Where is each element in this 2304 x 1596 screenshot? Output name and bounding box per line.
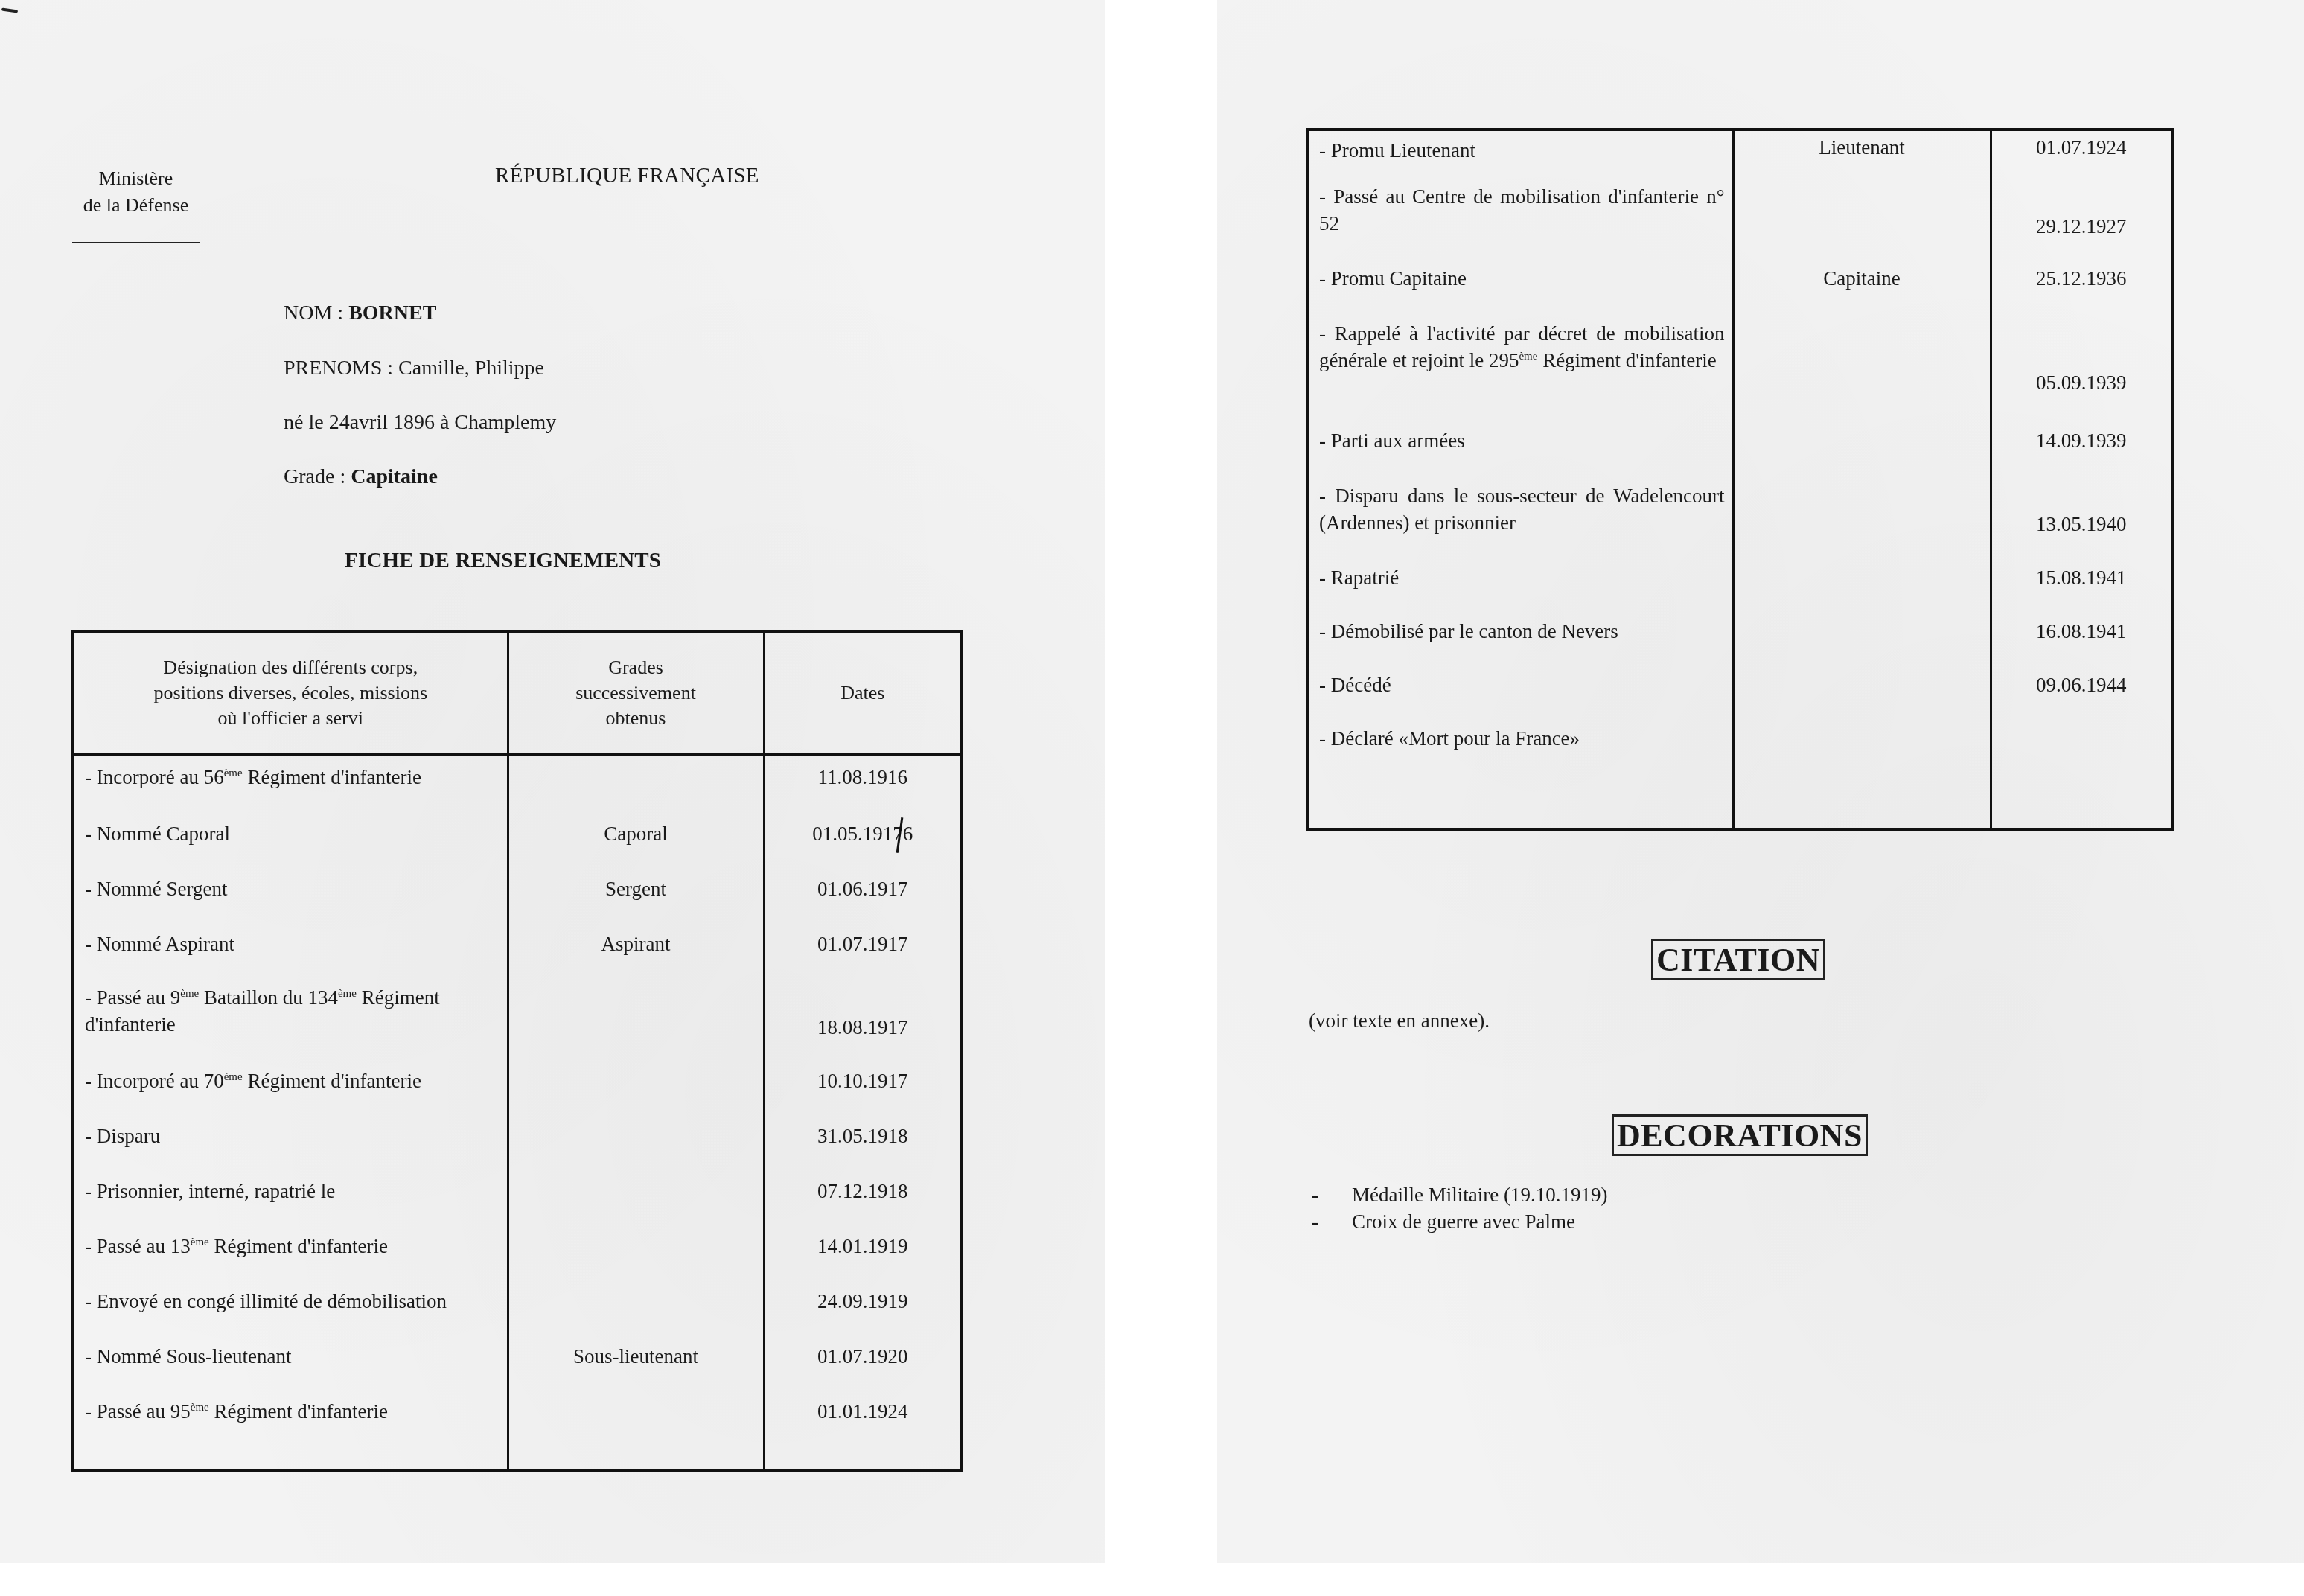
decoration-text: Croix de guerre avec Palme xyxy=(1352,1208,1575,1235)
decoration-text: Médaille Militaire (19.10.1919) xyxy=(1352,1181,1607,1208)
table-row: - Disparu dans le sous-secteur de Wadele… xyxy=(1307,482,2172,564)
grade-cell xyxy=(1733,320,1991,427)
table-row: - Passé au 95ème Régiment d'infanterie01… xyxy=(73,1389,962,1471)
designation-cell: - Nommé Sous-lieutenant xyxy=(73,1334,508,1389)
table-row: - Passé au Centre de mobilisation d'infa… xyxy=(1307,183,2172,265)
designation-cell: - Disparu xyxy=(73,1114,508,1169)
date-cell: 18.08.1917 xyxy=(764,977,962,1059)
date-cell: 31.05.1918 xyxy=(764,1114,962,1169)
designation-cell: - Nommé Caporal xyxy=(73,811,508,866)
corrected-date: 01.05.19176 xyxy=(812,820,913,847)
document-page-1: Ministère de la Défense RÉPUBLIQUE FRANÇ… xyxy=(0,0,1105,1563)
date-cell: 01.06.1917 xyxy=(764,866,962,922)
date-cell: 14.01.1919 xyxy=(764,1224,962,1279)
date-cell: 01.07.1917 xyxy=(764,922,962,977)
first-names-field: PRENOMS : Camille, Philippe xyxy=(284,357,544,380)
table-row: - Promu CapitaineCapitaine25.12.1936 xyxy=(1307,265,2172,320)
decoration-item: -Médaille Militaire (19.10.1919) xyxy=(1304,1181,1607,1208)
ordinal-suffix: ème xyxy=(191,1402,209,1414)
date-cell: 09.06.1944 xyxy=(1991,671,2172,725)
designation-cell: - Promu Capitaine xyxy=(1307,265,1733,320)
decoration-item: -Croix de guerre avec Palme xyxy=(1304,1208,1607,1235)
table-row: - Incorporé au 56ème Régiment d'infanter… xyxy=(73,755,962,811)
citation-note: (voir texte en annexe). xyxy=(1309,1009,1490,1032)
correction-strike xyxy=(896,817,904,853)
service-record-table: Désignation des différents corps, positi… xyxy=(71,630,963,1472)
designation-cell: - Parti aux armées xyxy=(1307,427,1733,482)
designation-cell: - Rappelé à l'activité par décret de mob… xyxy=(1307,320,1733,427)
grade-cell xyxy=(508,1114,764,1169)
ministry-header: Ministère de la Défense xyxy=(71,165,201,219)
document-page-2: - Promu LieutenantLieutenant01.07.1924- … xyxy=(1217,0,2304,1563)
table-body-page-1: - Incorporé au 56ème Régiment d'infanter… xyxy=(73,755,962,1471)
designation-cell: - Disparu dans le sous-secteur de Wadele… xyxy=(1307,482,1733,564)
name-field: NOM : BORNET xyxy=(284,301,436,325)
table-row: - Passé au 9ème Bataillon du 134ème Régi… xyxy=(73,977,962,1059)
grade-cell xyxy=(508,1389,764,1471)
grade-cell xyxy=(508,1059,764,1114)
designation-cell: - Nommé Sergent xyxy=(73,866,508,922)
designation-cell: - Passé au 9ème Bataillon du 134ème Régi… xyxy=(73,977,508,1059)
date-cell: 16.08.1941 xyxy=(1991,618,2172,671)
decorations-list: -Médaille Militaire (19.10.1919)-Croix d… xyxy=(1304,1181,1607,1235)
table-row: - Nommé Sous-lieutenantSous-lieutenant01… xyxy=(73,1334,962,1389)
table-row: - Passé au 13ème Régiment d'infanterie14… xyxy=(73,1224,962,1279)
grade-cell xyxy=(508,1224,764,1279)
scan-mark xyxy=(1,7,18,13)
bullet-dash: - xyxy=(1304,1181,1352,1208)
grade-cell xyxy=(1733,427,1991,482)
table-row: - Rappelé à l'activité par décret de mob… xyxy=(1307,320,2172,427)
date-cell: 10.10.1917 xyxy=(764,1059,962,1114)
header-grades: Grades successivement obtenus xyxy=(508,631,764,755)
table-row: - Nommé AspirantAspirant01.07.1917 xyxy=(73,922,962,977)
date-cell: 15.08.1941 xyxy=(1991,564,2172,618)
designation-cell: - Passé au 95ème Régiment d'infanterie xyxy=(73,1389,508,1471)
grade-cell: Lieutenant xyxy=(1733,130,1991,183)
date-cell xyxy=(1991,725,2172,829)
grade-field: Grade : Capitaine xyxy=(284,465,438,489)
designation-cell: - Passé au 13ème Régiment d'infanterie xyxy=(73,1224,508,1279)
date-cell: 11.08.1916 xyxy=(764,755,962,811)
table-body-page-2: - Promu LieutenantLieutenant01.07.1924- … xyxy=(1307,130,2172,829)
table-row: - Parti aux armées14.09.1939 xyxy=(1307,427,2172,482)
service-record-table-continued: - Promu LieutenantLieutenant01.07.1924- … xyxy=(1306,128,2174,831)
table-row: - Démobilisé par le canton de Nevers16.0… xyxy=(1307,618,2172,671)
grade-cell xyxy=(1733,183,1991,265)
date-cell: 01.07.1924 xyxy=(1991,130,2172,183)
ministry-line-1: Ministère xyxy=(71,165,201,192)
grade-label: Grade : xyxy=(284,465,351,488)
designation-cell: - Promu Lieutenant xyxy=(1307,130,1733,183)
date-cell: 07.12.1918 xyxy=(764,1169,962,1224)
grade-cell xyxy=(1733,618,1991,671)
grade-cell xyxy=(1733,671,1991,725)
grade-cell: Caporal xyxy=(508,811,764,866)
table-row: - Nommé CaporalCaporal01.05.19176 xyxy=(73,811,962,866)
grade-value: Capitaine xyxy=(351,465,438,488)
ordinal-suffix: ème xyxy=(191,1236,209,1248)
date-cell: 01.07.1920 xyxy=(764,1334,962,1389)
designation-cell: - Incorporé au 56ème Régiment d'infanter… xyxy=(73,755,508,811)
designation-cell: - Déclaré «Mort pour la France» xyxy=(1307,725,1733,829)
date-cell: 14.09.1939 xyxy=(1991,427,2172,482)
date-cell: 01.01.1924 xyxy=(764,1389,962,1471)
ordinal-suffix: ème xyxy=(1519,351,1537,363)
ministry-rule xyxy=(72,242,200,243)
document-title: FICHE DE RENSEIGNEMENTS xyxy=(345,549,661,573)
designation-cell: - Prisonnier, interné, rapatrié le xyxy=(73,1169,508,1224)
grade-cell xyxy=(508,1169,764,1224)
date-cell: 01.05.19176 xyxy=(764,811,962,866)
grade-cell xyxy=(508,1279,764,1334)
header-dates: Dates xyxy=(764,631,962,755)
republic-header: RÉPUBLIQUE FRANÇAISE xyxy=(495,164,759,188)
table-row: - Rapatrié15.08.1941 xyxy=(1307,564,2172,618)
grade-cell xyxy=(1733,482,1991,564)
table-row: - Disparu31.05.1918 xyxy=(73,1114,962,1169)
designation-cell: - Rapatrié xyxy=(1307,564,1733,618)
designation-cell: - Démobilisé par le canton de Nevers xyxy=(1307,618,1733,671)
grade-cell xyxy=(508,755,764,811)
name-value: BORNET xyxy=(348,301,436,325)
citation-heading: CITATION xyxy=(1651,939,1825,980)
table-row: - Déclaré «Mort pour la France» xyxy=(1307,725,2172,829)
date-cell: 25.12.1936 xyxy=(1991,265,2172,320)
ordinal-suffix: ème xyxy=(338,988,357,1000)
grade-cell xyxy=(508,977,764,1059)
bullet-dash: - xyxy=(1304,1208,1352,1235)
grade-cell xyxy=(1733,564,1991,618)
ministry-line-2: de la Défense xyxy=(71,192,201,219)
ordinal-suffix: ème xyxy=(224,767,243,779)
name-label: NOM : xyxy=(284,301,348,325)
ordinal-suffix: ème xyxy=(180,988,199,1000)
table-row: - Décédé09.06.1944 xyxy=(1307,671,2172,725)
designation-cell: - Décédé xyxy=(1307,671,1733,725)
header-designation: Désignation des différents corps, positi… xyxy=(73,631,508,755)
decorations-heading: DECORATIONS xyxy=(1612,1114,1868,1156)
table-row: - Promu LieutenantLieutenant01.07.1924 xyxy=(1307,130,2172,183)
designation-cell: - Passé au Centre de mobilisation d'infa… xyxy=(1307,183,1733,265)
date-cell: 24.09.1919 xyxy=(764,1279,962,1334)
grade-cell: Sous-lieutenant xyxy=(508,1334,764,1389)
grade-cell: Aspirant xyxy=(508,922,764,977)
designation-cell: - Envoyé en congé illimité de démobilisa… xyxy=(73,1279,508,1334)
designation-cell: - Nommé Aspirant xyxy=(73,922,508,977)
date-cell: 13.05.1940 xyxy=(1991,482,2172,564)
date-cell: 05.09.1939 xyxy=(1991,320,2172,427)
designation-cell: - Incorporé au 70ème Régiment d'infanter… xyxy=(73,1059,508,1114)
grade-cell xyxy=(1733,725,1991,829)
grade-cell: Sergent xyxy=(508,866,764,922)
ordinal-suffix: ème xyxy=(224,1071,243,1083)
table-header-row: Désignation des différents corps, positi… xyxy=(73,631,962,755)
table-row: - Nommé SergentSergent01.06.1917 xyxy=(73,866,962,922)
first-names-value: Camille, Philippe xyxy=(398,357,544,380)
birth-info: né le 24avril 1896 à Champlemy xyxy=(284,411,556,435)
table-row: - Prisonnier, interné, rapatrié le07.12.… xyxy=(73,1169,962,1224)
table-row: - Incorporé au 70ème Régiment d'infanter… xyxy=(73,1059,962,1114)
first-names-label: PRENOMS : xyxy=(284,357,398,380)
table-row: - Envoyé en congé illimité de démobilisa… xyxy=(73,1279,962,1334)
date-cell: 29.12.1927 xyxy=(1991,183,2172,265)
grade-cell: Capitaine xyxy=(1733,265,1991,320)
